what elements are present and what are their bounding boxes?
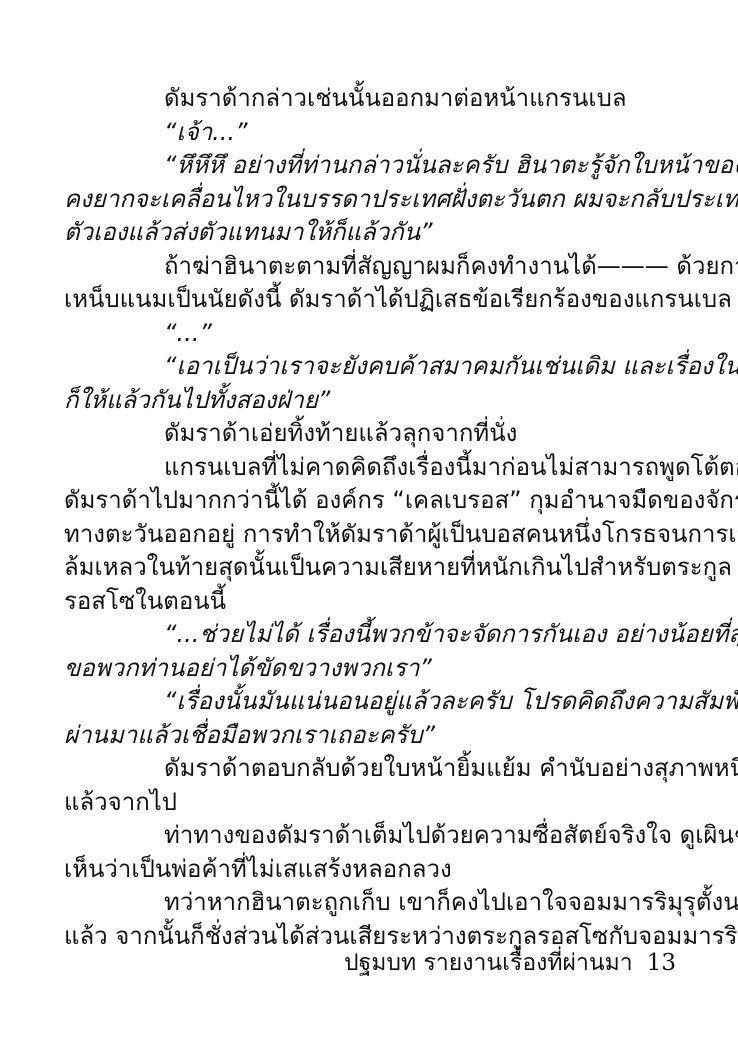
- book-page: ดัมราด้ากล่าวเช่นนั้นออกมาต่อหน้าแกรนเบล…: [0, 0, 738, 1051]
- text-line: ตัวเองแล้วส่งตัวแทนมาให้ก็แล้วกัน”: [64, 216, 677, 250]
- text-line: ดัมราด้าไปมากกว่านี้ได้ องค์กร “เคลเบรอส…: [64, 484, 677, 518]
- chapter-title: ปฐมบท รายงานเรื่องที่ผ่านมา: [344, 950, 633, 976]
- text-line: ก็ให้แล้วกันไปทั้งสองฝ่าย”: [64, 384, 677, 418]
- text-line: “หึหึหึ อย่างที่ท่านกล่าวนั่นละครับ ฮินา…: [64, 149, 677, 183]
- text-line: ขอพวกท่านอย่าได้ขัดขวางพวกเรา”: [64, 652, 677, 686]
- body-text: ดัมราด้ากล่าวเช่นนั้นออกมาต่อหน้าแกรนเบล…: [64, 82, 677, 953]
- text-line: “...ช่วยไม่ได้ เรื่องนี้พวกข้าจะจัดการกั…: [64, 618, 677, 652]
- text-line: แล้วจากไป: [64, 786, 677, 820]
- page-footer: ปฐมบท รายงานเรื่องที่ผ่านมา13: [344, 946, 676, 980]
- text-line: ดัมราด้ากล่าวเช่นนั้นออกมาต่อหน้าแกรนเบล: [64, 82, 677, 116]
- text-line: “เจ้า...”: [64, 116, 677, 150]
- text-line: “เอาเป็นว่าเราจะยังคบค้าสมาคมกันเช่นเดิม…: [64, 350, 677, 384]
- text-line: เหน็บแนมเป็นนัยดังนี้ ดัมราด้าได้ปฏิเสธข…: [64, 283, 677, 317]
- text-line: แกรนเบลที่ไม่คาดคิดถึงเรื่องนี้มาก่อนไม่…: [64, 451, 677, 485]
- text-line: “...”: [64, 317, 677, 351]
- text-line: ทางตะวันออกอยู่ การทำให้ดัมราด้าผู้เป็นบ…: [64, 518, 677, 552]
- text-line: เห็นว่าเป็นพ่อค้าที่ไม่เสแสร้งหลอกลวง: [64, 853, 677, 887]
- text-line: ทว่าหากฮินาตะถูกเก็บ เขาก็คงไปเอาใจจอมมา…: [64, 886, 677, 920]
- text-line: ถ้าฆ่าฮินาตะตามที่สัญญาผมก็คงทำงานได้———…: [64, 250, 677, 284]
- text-line: ท่าทางของดัมราด้าเต็มไปด้วยความซื่อสัตย์…: [64, 819, 677, 853]
- text-line: ดัมราด้าตอบกลับด้วยใบหน้ายิ้มแย้ม คำนับอ…: [64, 752, 677, 786]
- text-line: คงยากจะเคลื่อนไหวในบรรดาประเทศฝั่งตะวันต…: [64, 183, 677, 217]
- text-line: ล้มเหลวในท้ายสุดนั้นเป็นความเสียหายที่หน…: [64, 551, 677, 585]
- text-line: รอสโซในตอนนี้: [64, 585, 677, 619]
- text-line: ดัมราด้าเอ่ยทิ้งท้ายแล้วลุกจากที่นั่ง: [64, 417, 677, 451]
- page-number: 13: [647, 950, 676, 976]
- text-line: “เรื่องนั้นมันแน่นอนอยู่แล้วละครับ โปรดค…: [64, 685, 677, 719]
- text-line: ผ่านมาแล้วเชื่อมือพวกเราเถอะครับ”: [64, 719, 677, 753]
